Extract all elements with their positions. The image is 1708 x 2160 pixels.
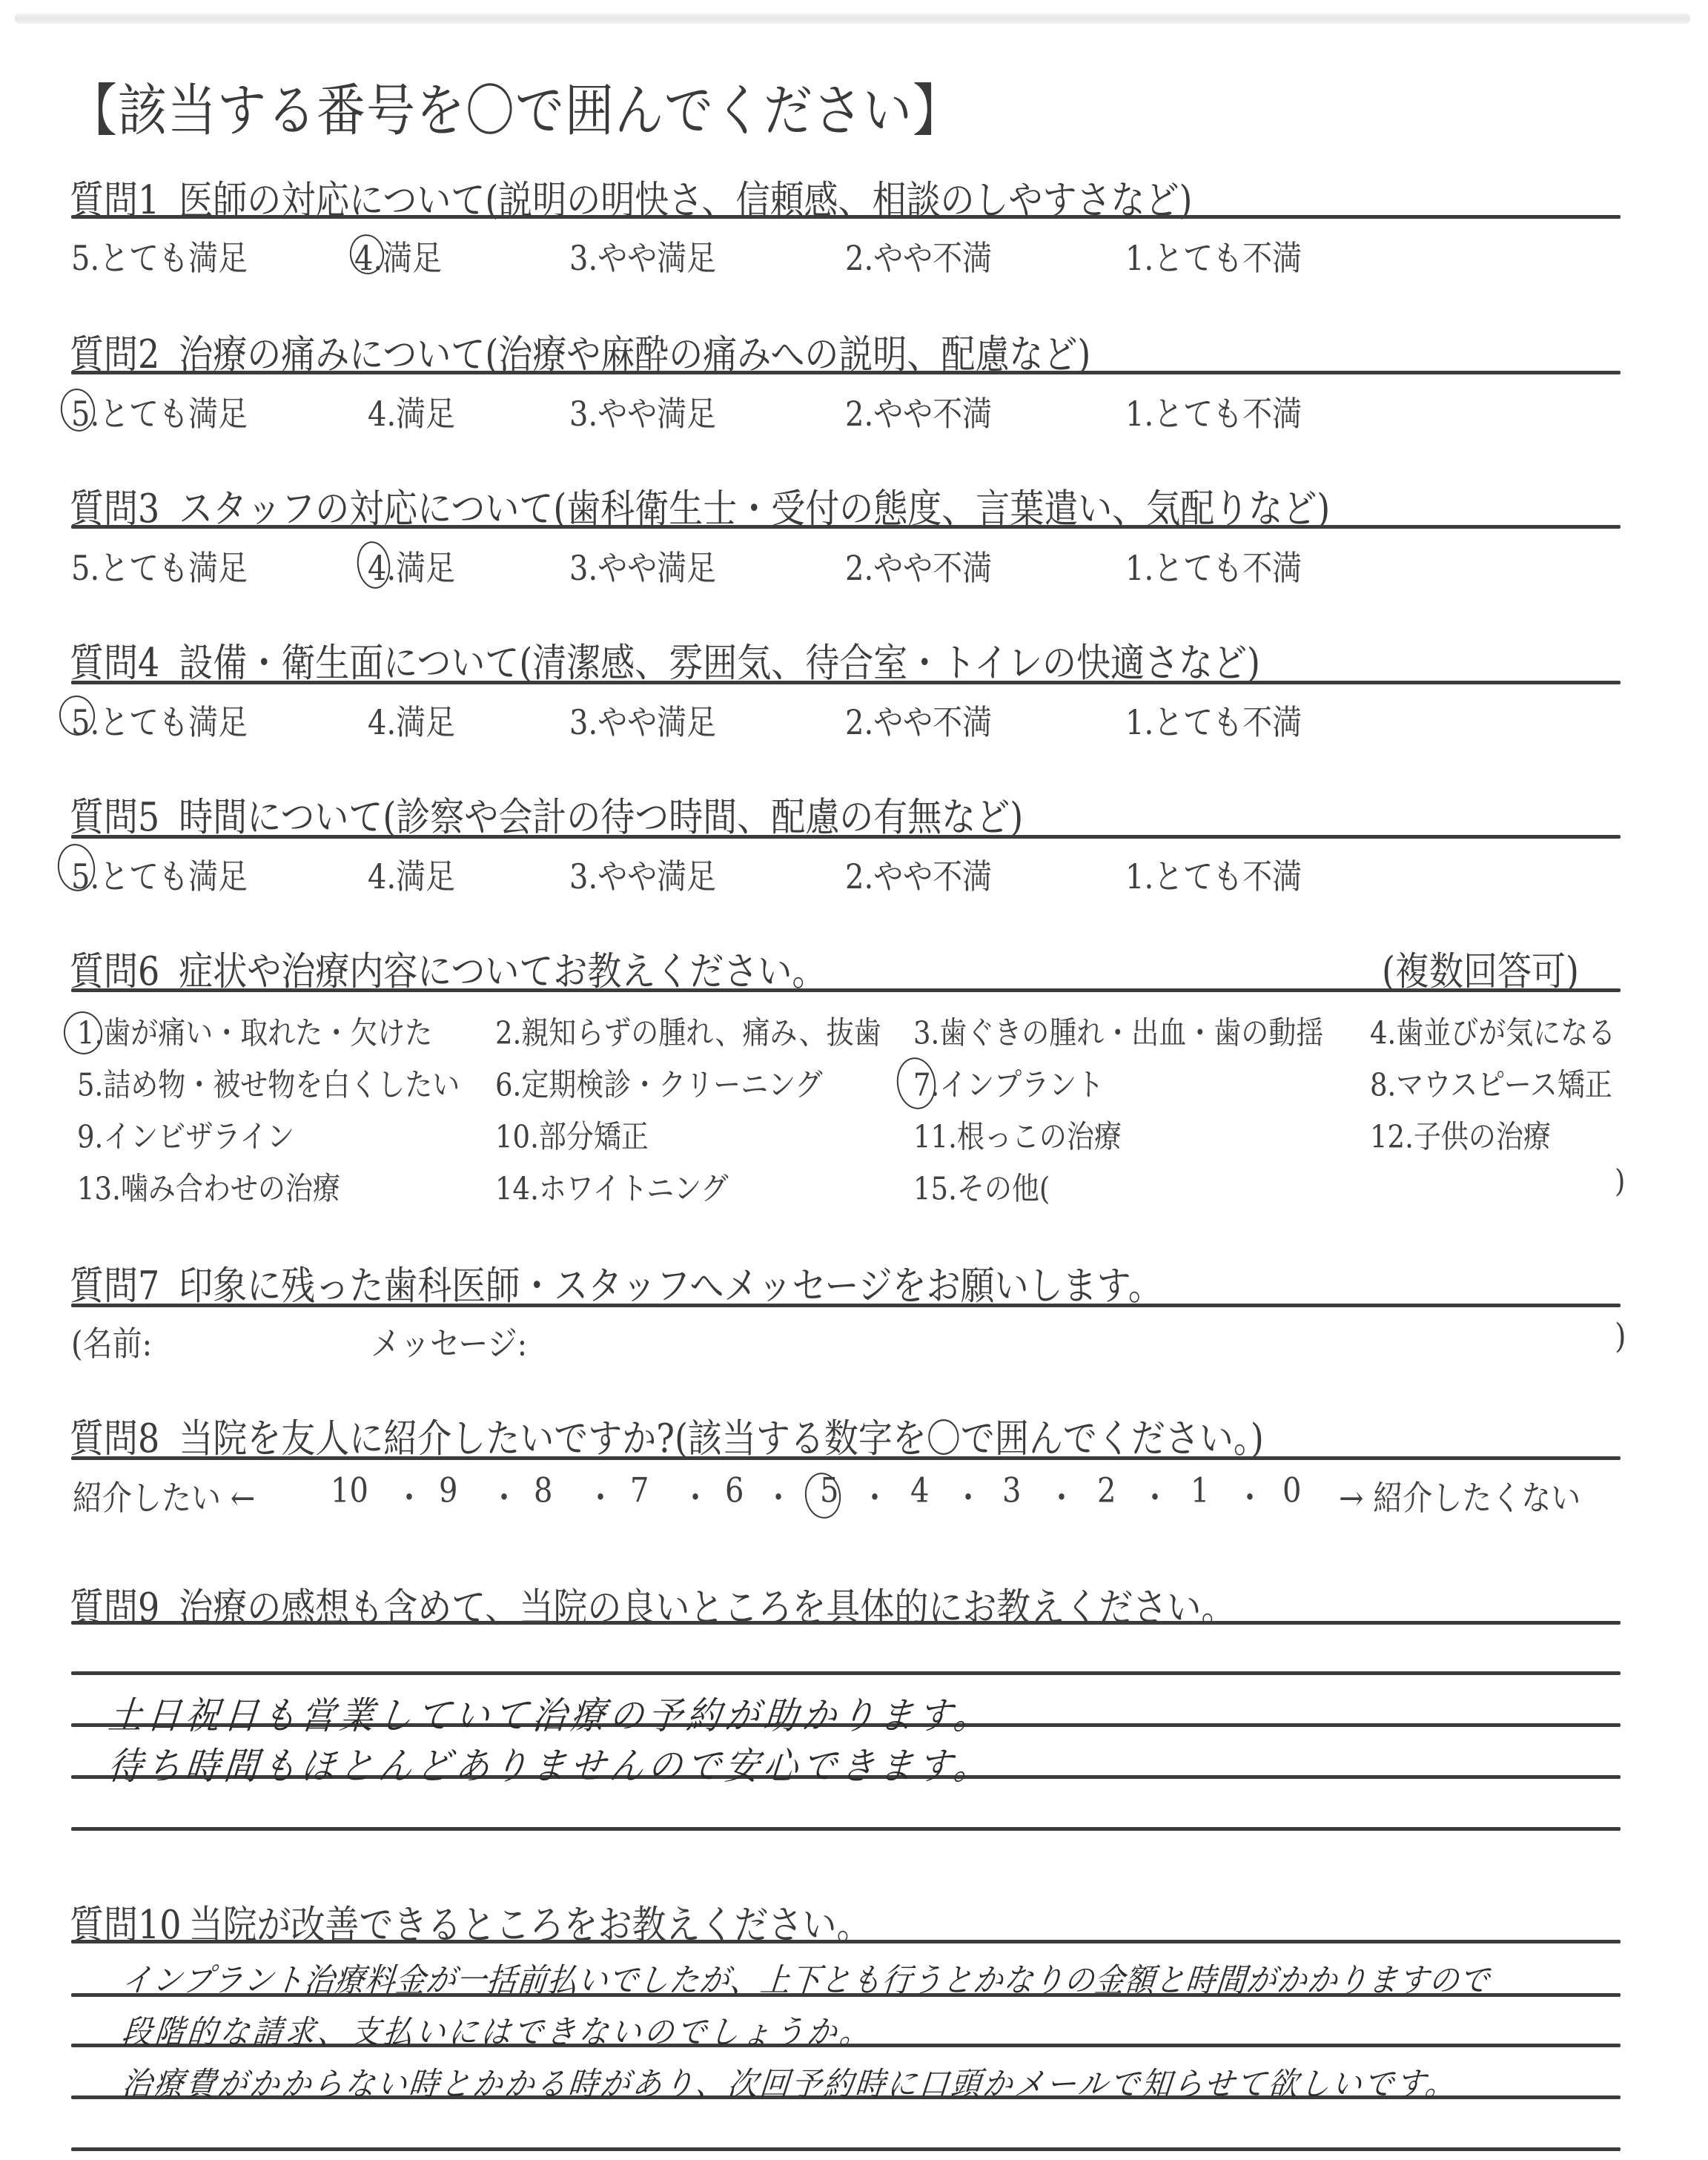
q8-dot: ・ <box>1047 1471 1076 1520</box>
q6-option-10[interactable]: 10.部分矯正 <box>495 1111 649 1157</box>
q1-option-2[interactable]: 2.やや不満 <box>845 231 992 280</box>
q2-option-4[interactable]: 4.満足 <box>368 387 455 436</box>
q1-option-5[interactable]: 5.とても満足 <box>71 231 248 280</box>
q8-score-3[interactable]: 3 <box>1002 1471 1021 1510</box>
q5-option-1[interactable]: 1.とても不満 <box>1125 850 1302 899</box>
question-text: 当院を友人に紹介したいですか?(該当する数字を〇で囲んでください。) <box>179 1415 1264 1461</box>
q8-score-1[interactable]: 1 <box>1191 1471 1209 1510</box>
question-text: 印象に残った歯科医師・スタッフへメッセージをお願いします。 <box>179 1262 1162 1308</box>
answer-line <box>71 1940 1621 1943</box>
answer-line <box>71 1621 1621 1625</box>
q5-option-5[interactable]: 5.とても満足 <box>71 850 248 899</box>
answer-line <box>71 1671 1621 1675</box>
rule-q2 <box>71 371 1621 374</box>
q9-answer-line-2: 待ち時間もほとんどありませんので安心できます。 <box>106 1737 995 1791</box>
q10-answer-line-3: 治療費がかからない時とかかる時があり、次回予約時に口頭かメールで知らせて欲しいで… <box>120 2058 1460 2105</box>
q6-option-6[interactable]: 6.定期検診・クリーニング <box>495 1059 823 1105</box>
q5-option-2[interactable]: 2.やや不満 <box>845 850 992 899</box>
q8-dot: ・ <box>586 1471 615 1520</box>
q6-option-5[interactable]: 5.詰め物・被せ物を白くしたい <box>77 1059 460 1105</box>
question-text: 設備・衛生面について(清潔感、雰囲気、待合室・トイレの快適さなど) <box>179 639 1260 685</box>
q8-score-4[interactable]: 4 <box>910 1471 929 1510</box>
q6-option-1[interactable]: 1.歯が痛い・取れた・欠けた <box>77 1007 432 1053</box>
q8-score-8[interactable]: 8 <box>534 1471 552 1510</box>
q8-dot: ・ <box>681 1471 710 1520</box>
question-4-title: 質問4設備・衛生面について(清潔感、雰囲気、待合室・トイレの快適さなど) <box>70 632 1260 688</box>
q2-option-5[interactable]: 5.とても満足 <box>71 387 248 436</box>
page-title: 【該当する番号を〇で囲んでください】 <box>68 65 962 146</box>
q7-close-paren: ) <box>1615 1317 1626 1356</box>
q8-right-label: → 紹介したくない <box>1339 1471 1580 1520</box>
q8-dot: ・ <box>489 1471 519 1520</box>
q8-score-2[interactable]: 2 <box>1097 1471 1116 1510</box>
question-number: 質問6 <box>70 948 159 994</box>
q6-option-7[interactable]: 7.インプラント <box>913 1059 1104 1105</box>
scan-top-edge <box>15 13 1690 24</box>
question-7-title: 質問7印象に残った歯科医師・スタッフへメッセージをお願いします。 <box>70 1255 1162 1311</box>
rule-q5 <box>71 835 1621 839</box>
q8-score-7[interactable]: 7 <box>630 1471 649 1510</box>
rule-q8 <box>71 1456 1621 1460</box>
question-text: 時間について(診察や会計の待つ時間、配慮の有無など) <box>179 793 1023 839</box>
q6-option-11[interactable]: 11.根っこの治療 <box>913 1111 1122 1157</box>
q8-dot: ・ <box>1235 1471 1265 1520</box>
q5-option-4[interactable]: 4.満足 <box>368 850 455 899</box>
rule-q6 <box>71 988 1621 992</box>
question-5-title: 質問5時間について(診察や会計の待つ時間、配慮の有無など) <box>70 786 1023 842</box>
q4-option-5[interactable]: 5.とても満足 <box>71 696 248 744</box>
q3-option-1[interactable]: 1.とても不満 <box>1125 541 1302 590</box>
question-text: 症状や治療内容についてお教えください。 <box>179 948 826 994</box>
q8-left-label: 紹介したい ← <box>73 1471 255 1520</box>
question-number: 質問8 <box>70 1415 159 1461</box>
q6-option-14[interactable]: 14.ホワイトニング <box>495 1163 729 1209</box>
q8-score-6[interactable]: 6 <box>725 1471 744 1510</box>
rule-q4 <box>71 681 1621 684</box>
q6-option-4[interactable]: 4.歯並びが気になる <box>1370 1007 1615 1053</box>
q8-dot: ・ <box>394 1471 424 1520</box>
question-8-title: 質問8当院を友人に紹介したいですか?(該当する数字を〇で囲んでください。) <box>70 1407 1264 1464</box>
q7-name-label: (名前: <box>71 1317 152 1366</box>
q10-answer-line-1: インプラント治療料金が一括前払いでしたが、上下とも行うとかなりの金額と時間がかか… <box>120 1955 1492 2001</box>
q6-option-2[interactable]: 2.親知らずの腫れ、痛み、抜歯 <box>495 1007 881 1053</box>
q2-option-1[interactable]: 1.とても不満 <box>1125 387 1302 436</box>
q3-option-5[interactable]: 5.とても満足 <box>71 541 248 590</box>
q4-option-4[interactable]: 4.満足 <box>368 696 455 744</box>
question-number: 質問7 <box>70 1262 159 1308</box>
q3-option-2[interactable]: 2.やや不満 <box>845 541 992 590</box>
rule-q7 <box>71 1304 1621 1307</box>
question-number: 質問5 <box>70 793 159 839</box>
q5-option-3[interactable]: 3.やや満足 <box>569 850 716 899</box>
q6-option-15[interactable]: 15.その他( <box>913 1163 1050 1209</box>
answer-line <box>71 2147 1621 2151</box>
answer-line <box>71 1827 1621 1831</box>
rule-q1 <box>71 215 1621 219</box>
q8-dot: ・ <box>1140 1471 1170 1520</box>
q4-option-3[interactable]: 3.やや満足 <box>569 696 716 744</box>
rule-q3 <box>71 525 1621 529</box>
q2-option-3[interactable]: 3.やや満足 <box>569 387 716 436</box>
q4-option-1[interactable]: 1.とても不満 <box>1125 696 1302 744</box>
q1-option-3[interactable]: 3.やや満足 <box>569 231 716 280</box>
q3-option-3[interactable]: 3.やや満足 <box>569 541 716 590</box>
q7-message-label: メッセージ: <box>371 1317 527 1366</box>
q6-option-3[interactable]: 3.歯ぐきの腫れ・出血・歯の動揺 <box>913 1007 1323 1053</box>
q2-option-2[interactable]: 2.やや不満 <box>845 387 992 436</box>
q6-other-close-paren: ) <box>1615 1163 1625 1199</box>
q8-score-10[interactable]: 10 <box>331 1471 368 1510</box>
q6-option-9[interactable]: 9.インビザライン <box>77 1111 294 1157</box>
q8-dot: ・ <box>953 1471 983 1520</box>
q9-answer-line-1: 土日祝日も営業していて治療の予約が助かります。 <box>106 1686 995 1740</box>
q4-option-2[interactable]: 2.やや不満 <box>845 696 992 744</box>
question-number: 質問4 <box>70 639 159 685</box>
q8-score-0[interactable]: 0 <box>1282 1471 1301 1510</box>
q8-score-9[interactable]: 9 <box>439 1471 457 1510</box>
q6-option-12[interactable]: 12.子供の治療 <box>1370 1111 1551 1157</box>
q8-dot: ・ <box>764 1471 793 1520</box>
q6-option-13[interactable]: 13.噛み合わせの治療 <box>77 1163 340 1209</box>
q1-option-1[interactable]: 1.とても不満 <box>1125 231 1302 280</box>
q8-dot: ・ <box>860 1471 890 1520</box>
q6-option-8[interactable]: 8.マウスピース矯正 <box>1370 1059 1612 1105</box>
q10-answer-line-2: 段階的な請求、支払いにはできないのでしょうか。 <box>120 2007 875 2053</box>
